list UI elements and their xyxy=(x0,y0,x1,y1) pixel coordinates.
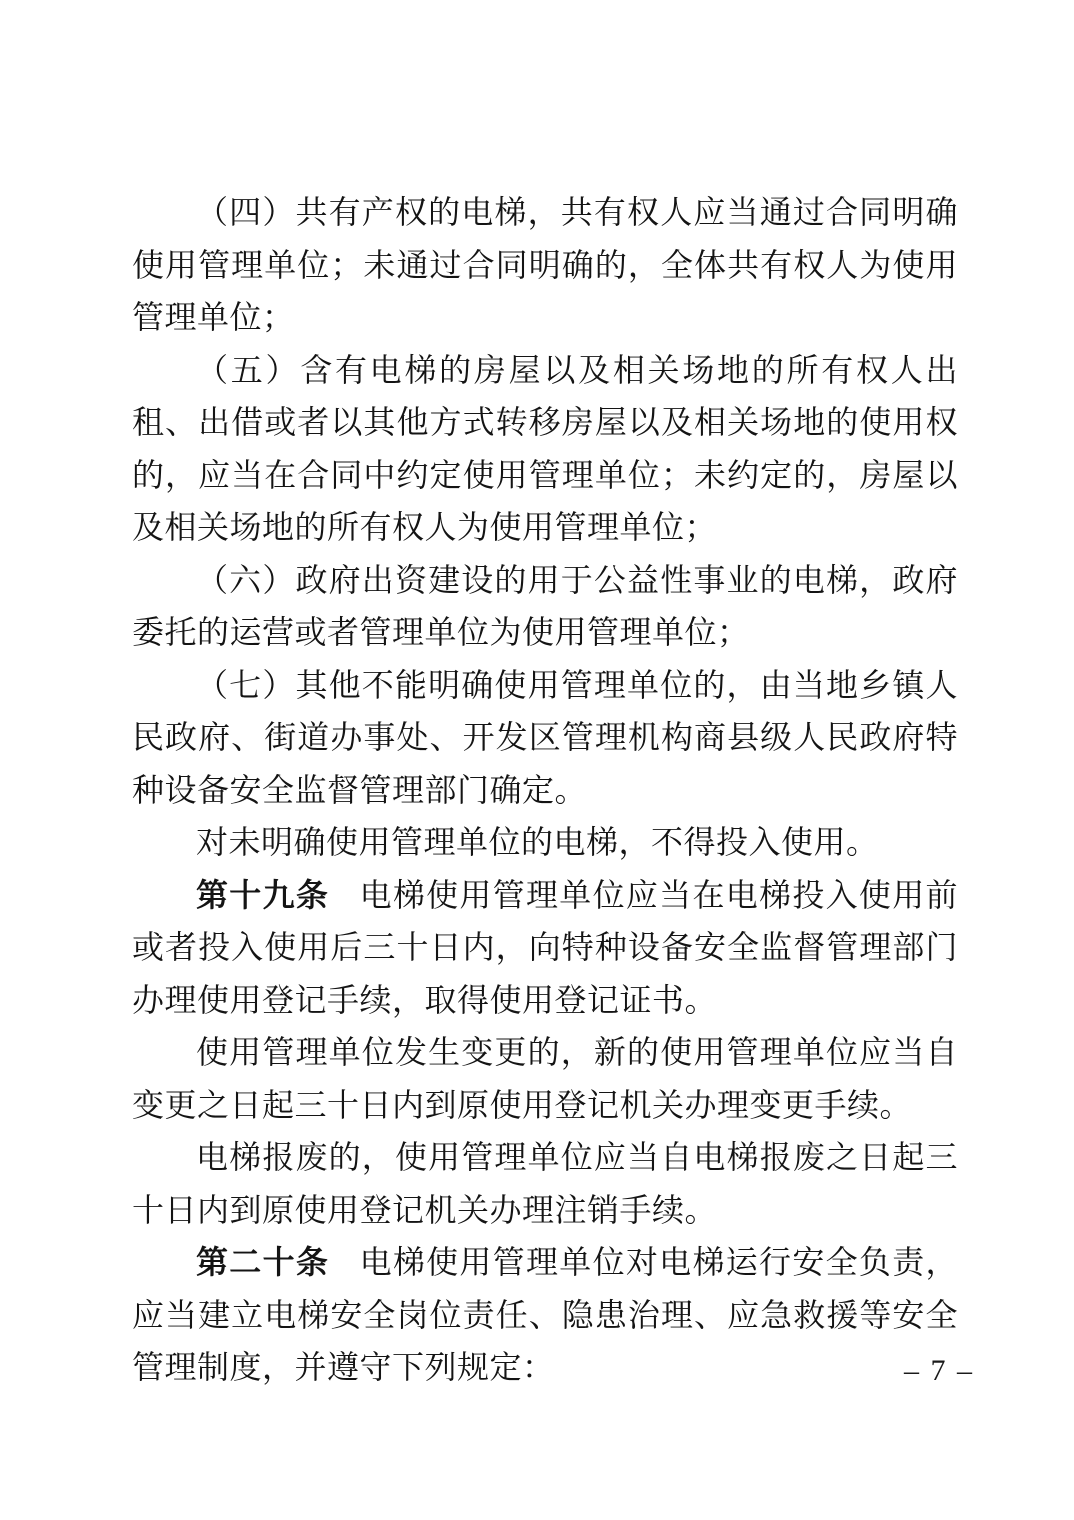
article-20-paragraph: 第二十条电梯使用管理单位对电梯运行安全负责，应当建立电梯安全岗位责任、隐患治理、… xyxy=(132,1236,958,1394)
document-body: （四）共有产权的电梯，共有权人应当通过合同明确使用管理单位；未通过合同明确的，全… xyxy=(132,186,958,1394)
clause-item-4: （四）共有产权的电梯，共有权人应当通过合同明确使用管理单位；未通过合同明确的，全… xyxy=(132,186,958,344)
article-20-number: 第二十条 xyxy=(196,1244,329,1280)
article-19-paragraph: 第十九条电梯使用管理单位应当在电梯投入使用前或者投入使用后三十日内，向特种设备安… xyxy=(132,869,958,1027)
paragraph-no-manager-rule: 对未明确使用管理单位的电梯，不得投入使用。 xyxy=(132,816,958,869)
clause-item-6: （六）政府出资建设的用于公益性事业的电梯，政府委托的运营或者管理单位为使用管理单… xyxy=(132,554,958,659)
page-background: （四）共有产权的电梯，共有权人应当通过合同明确使用管理单位；未通过合同明确的，全… xyxy=(0,0,1074,1520)
page-number: – 7 – xyxy=(904,1350,974,1392)
document-page: { "page": { "background_color": "#ffffff… xyxy=(0,0,1074,1520)
paragraph-manager-change: 使用管理单位发生变更的，新的使用管理单位应当自变更之日起三十日内到原使用登记机关… xyxy=(132,1026,958,1131)
paragraph-scrap-deregister: 电梯报废的，使用管理单位应当自电梯报废之日起三十日内到原使用登记机关办理注销手续… xyxy=(132,1131,958,1236)
article-19-number: 第十九条 xyxy=(196,877,329,913)
clause-item-7: （七）其他不能明确使用管理单位的，由当地乡镇人民政府、街道办事处、开发区管理机构… xyxy=(132,659,958,817)
clause-item-5: （五）含有电梯的房屋以及相关场地的所有权人出租、出借或者以其他方式转移房屋以及相… xyxy=(132,344,958,554)
